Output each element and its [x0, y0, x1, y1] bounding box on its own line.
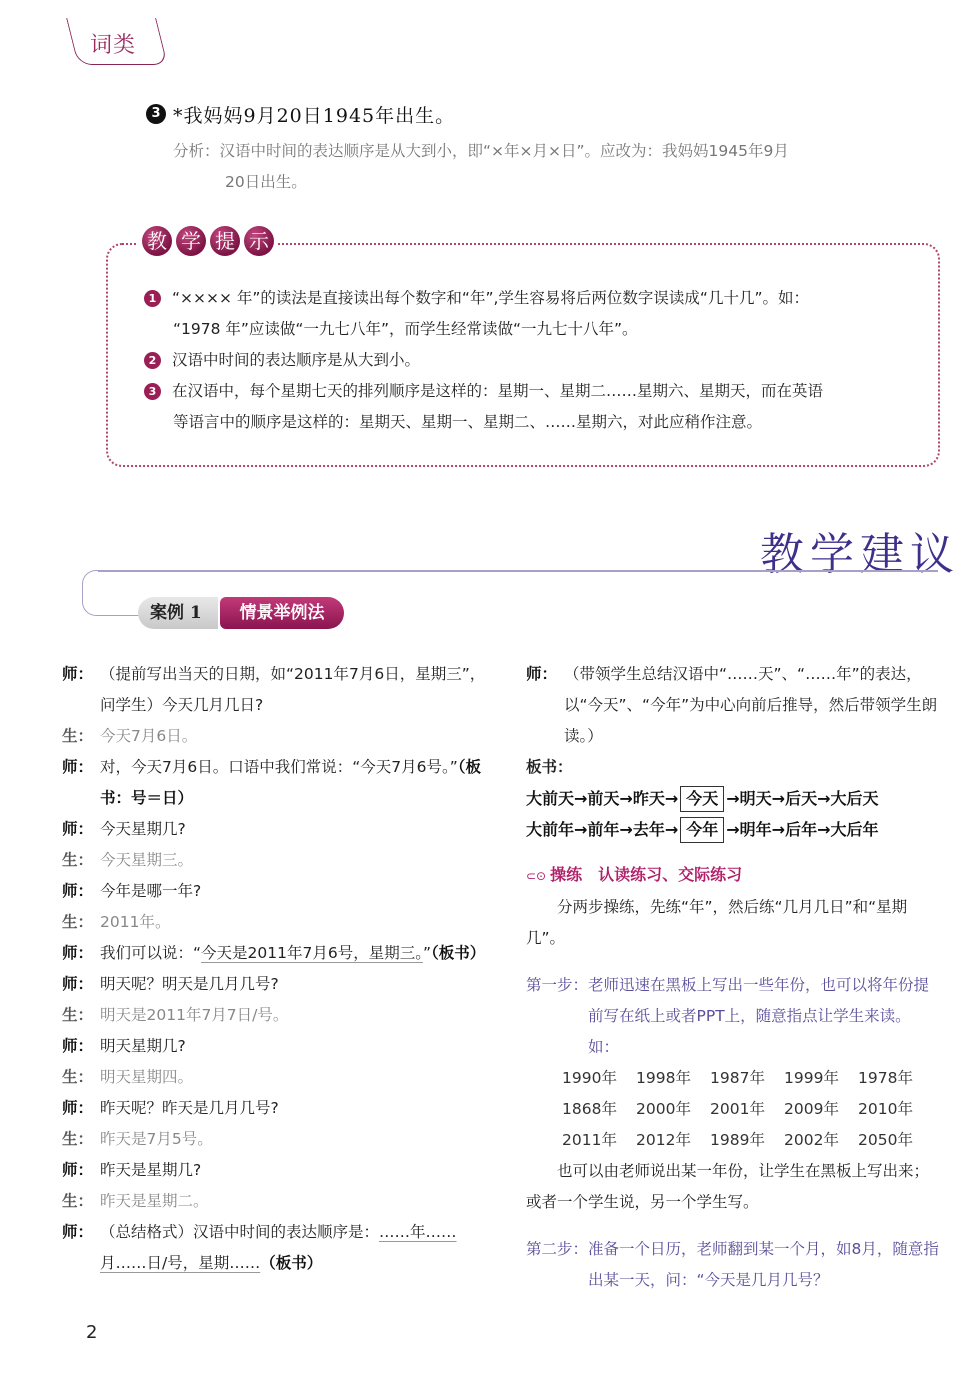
dialogue-line: 生：明天星期四。 — [62, 1062, 492, 1093]
board-note: （板书） — [260, 1254, 322, 1272]
right-column: 师： （带领学生总结汉语中“……天”、“……年”的表达，以“今天”、“今年”为中… — [526, 659, 940, 1296]
teacher-instruction: 师： （带领学生总结汉语中“……天”、“……年”的表达，以“今天”、“今年”为中… — [526, 659, 940, 752]
today-box: 今天 — [680, 786, 724, 812]
dialogue-line: 师：昨天是星期几? — [62, 1155, 492, 1186]
year-list: 1990年 1998年 1987年 1999年 1978年 1868年 2000… — [526, 1063, 940, 1156]
dialogue-line: 师：（提前写出当天的日期，如“2011年7月6日，星期三”，问学生）今天几月几日… — [62, 659, 492, 721]
step-1-extra: 也可以由老师说出某一年份，让学生在黑板上写出来；或者一个学生说，另一个学生写。 — [526, 1156, 940, 1218]
speaker-teacher: 师： — [62, 1093, 100, 1124]
speaker-teacher: 师： — [62, 876, 100, 907]
dialogue-line: 师：（总结格式）汉语中时间的表达顺序是：……年……月……日/号，星期……（板书） — [62, 1217, 492, 1279]
practice-intro: 分两步操练，先练“年”，然后练“几月几日”和“星期几”。 — [526, 892, 940, 954]
title-char: 教 — [142, 226, 172, 256]
underlined-sentence: 今天是2011年7月6号，星期三。 — [201, 944, 423, 962]
dialogue-line: 生：2011年。 — [62, 907, 492, 938]
analysis-line-1: 分析：汉语中时间的表达顺序是从大到小，即“×年×月×日”。应改为：我妈妈1945… — [173, 136, 923, 167]
speaker-teacher: 师： — [62, 938, 100, 969]
year-chain: 大前年→前年→去年→ 今年 →明年→后年→大后年 — [526, 814, 940, 845]
speaker-student: 生： — [62, 1000, 100, 1031]
speaker-teacher: 师： — [62, 1031, 100, 1062]
tip-text: 汉语中时间的表达顺序是从大到小。 — [172, 351, 420, 369]
dialogue-line: 师：今年是哪一年? — [62, 876, 492, 907]
dialogue-line: 生：今天星期三。 — [62, 845, 492, 876]
speaker-student: 生： — [62, 1124, 100, 1155]
speaker-teacher: 师： — [62, 1217, 100, 1279]
this-year-box: 今年 — [680, 817, 724, 843]
tip-item-1: 1“×××× 年”的读法是直接读出每个数字和“年”,学生容易将后两位数字误读成“… — [144, 283, 924, 345]
dialogue-line: 生：明天是2011年7月7日/号。 — [62, 1000, 492, 1031]
practice-heading: ⊂⊙操练 认读练习、交际练习 — [526, 859, 940, 892]
board-label: 板书： — [526, 752, 940, 783]
title-char: 示 — [244, 226, 274, 256]
teaching-tips-title: 教 学 提 示 — [138, 226, 278, 256]
dialogue: 师：（提前写出当天的日期，如“2011年7月6日，星期三”，问学生）今天几月几日… — [62, 659, 492, 1279]
section-divider — [98, 570, 938, 572]
day-chain: 大前天→前天→昨天→ 今天 →明天→后天→大后天 — [526, 783, 940, 814]
page-number: 2 — [86, 1322, 97, 1343]
speaker-teacher: 师： — [62, 969, 100, 1000]
case-method-label: 情景举例法 — [220, 597, 344, 629]
tip-number-badge: 1 — [144, 290, 161, 307]
speaker-student: 生： — [62, 721, 100, 752]
analysis-line-2: 20日出生。 — [173, 167, 923, 198]
speaker-student: 生： — [62, 1062, 100, 1093]
example-number-badge: 3 — [146, 104, 166, 124]
speaker-student: 生： — [62, 1186, 100, 1217]
speaker-teacher: 师： — [526, 659, 564, 752]
dialogue-line: 师：对，今天7月6日。口语中我们常说：“今天7月6号。”（板书：号＝日） — [62, 752, 492, 814]
speaker-teacher: 师： — [62, 752, 100, 814]
title-char: 提 — [210, 226, 240, 256]
speaker-teacher: 师： — [62, 659, 100, 721]
step-2: 第二步： 准备一个日历，老师翻到某一个月，如8月，随意指出某一天，问：“今天是几… — [526, 1234, 940, 1296]
speaker-student: 生： — [62, 907, 100, 938]
dialogue-line: 师：昨天呢？昨天是几月几号? — [62, 1093, 492, 1124]
tip-item-2: 2汉语中时间的表达顺序是从大到小。 — [144, 345, 924, 376]
tip-number-badge: 3 — [144, 383, 161, 400]
title-char: 学 — [176, 226, 206, 256]
speaker-teacher: 师： — [62, 1155, 100, 1186]
dialogue-line: 师：明天星期几? — [62, 1031, 492, 1062]
board-note: （板书） — [431, 944, 485, 962]
speaker-student: 生： — [62, 845, 100, 876]
case-number-tag: 案例 1 — [138, 597, 218, 629]
dialogue-line: 师：明天呢？明天是几月几号? — [62, 969, 492, 1000]
dialogue-line: 生：昨天是星期二。 — [62, 1186, 492, 1217]
tip-item-3: 3在汉语中，每个星期七天的排列顺序是这样的：星期一、星期二……星期六、星期天，而… — [144, 376, 924, 438]
dialogue-line: 生：昨天是7月5号。 — [62, 1124, 492, 1155]
dialogue-line: 师：我们可以说：“今天是2011年7月6号，星期三。”（板书） — [62, 938, 492, 969]
tip-text-cont: “1978 年”应读做“一九七八年”，而学生经常读做“一九七十八年”。 — [144, 314, 924, 345]
tip-number-badge: 2 — [144, 352, 161, 369]
section-bracket-decoration — [82, 570, 143, 616]
speaker-teacher: 师： — [62, 814, 100, 845]
category-tab-label: 词类 — [90, 28, 136, 59]
step-1: 第一步： 老师迅速在黑板上写出一些年份，也可以将年份提前写在纸上或者PPT上，随… — [526, 970, 940, 1063]
link-icon: ⊂⊙ — [526, 869, 546, 883]
tip-text: 在汉语中，每个星期七天的排列顺序是这样的：星期一、星期二……星期六、星期天，而在… — [172, 382, 823, 400]
example-sentence: *我妈妈9月20日1945年出生。 — [173, 101, 455, 128]
tip-text-cont: 等语言中的顺序是这样的：星期天、星期一、星期二、……星期六，对此应稍作注意。 — [144, 407, 924, 438]
section-title: 教学建议 — [760, 518, 960, 582]
example-analysis: 分析：汉语中时间的表达顺序是从大到小，即“×年×月×日”。应改为：我妈妈1945… — [173, 136, 923, 198]
tip-text: “×××× 年”的读法是直接读出每个数字和“年”,学生容易将后两位数字误读成“几… — [172, 289, 809, 307]
dialogue-line: 生：今天7月6日。 — [62, 721, 492, 752]
dialogue-line: 师：今天星期几? — [62, 814, 492, 845]
